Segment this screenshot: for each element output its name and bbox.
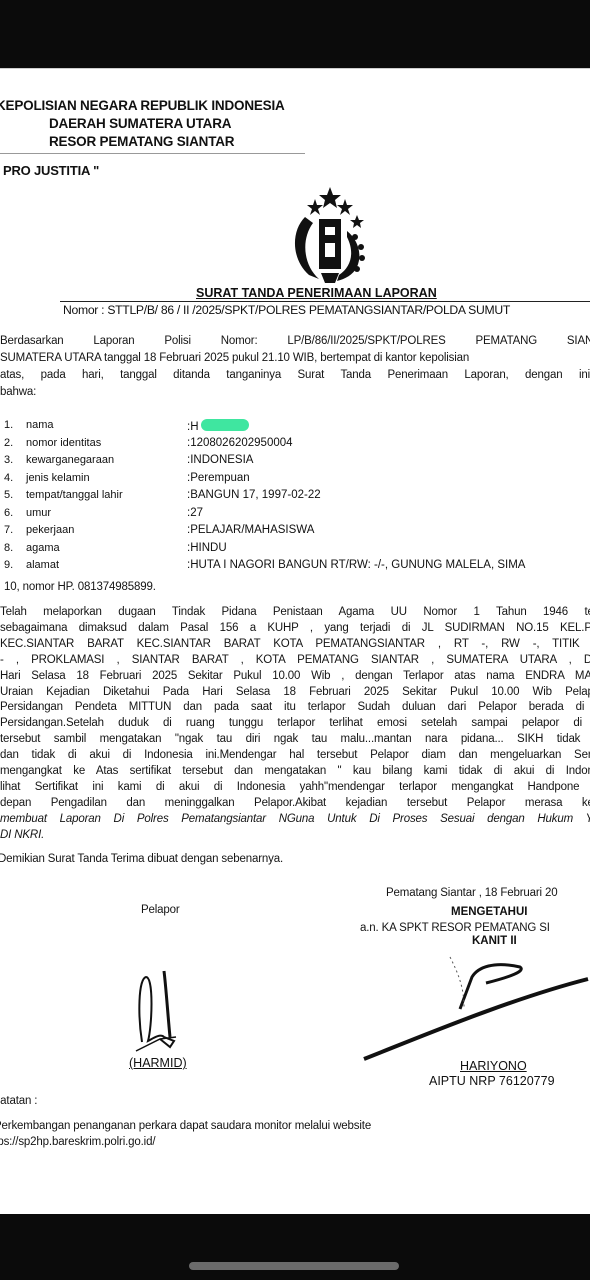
intro-line-4: bahwa: [0, 384, 36, 400]
report-line: dan tidak di akui di Indonesia ini.Mende… [0, 747, 590, 763]
officer-rank-nrp: AIPTU NRP 76120779 [429, 1074, 555, 1088]
identity-row: 8.agama:HINDU [4, 542, 590, 558]
closing-statement: Demikian Surat Tanda Terima dibuat denga… [0, 851, 283, 867]
intro-line-3: atas, pada hari, tanggal ditanda tangani… [0, 367, 590, 383]
document-page: KEPOLISIAN NEGARA REPUBLIK INDONESIA DAE… [0, 68, 590, 1215]
identity-label: pekerjaan [26, 524, 74, 536]
identity-row: 4.jenis kelamin:Perempuan [4, 472, 590, 488]
report-line: Uraian Kejadian Diketahui Pada Hari Sela… [0, 684, 590, 700]
identity-label: nama [26, 419, 54, 431]
header-divider [0, 153, 305, 154]
report-line: Persidangan Pendeta MITTUN dan pada saat… [0, 699, 590, 715]
identity-number: 3. [4, 454, 13, 466]
report-line: Telah melaporkan dugaan Tindak Pidana Pe… [0, 604, 590, 620]
identity-value: :1208026202950004 [187, 437, 293, 449]
report-line: sebagaimana dimaksud dalam Pasal 156 a K… [0, 620, 590, 636]
intro-line-1: Berdasarkan Laporan Polisi Nomor: LP/B/8… [0, 333, 590, 349]
identity-row: 1.nama:H [4, 419, 590, 435]
identity-value: :INDONESIA [187, 454, 253, 466]
phone-line: 10, nomor HP. 081374985899. [4, 579, 156, 595]
mengetahui-label: MENGETAHUI [451, 906, 527, 918]
notes-text: Perkembangan penanganan perkara dapat sa… [0, 1118, 371, 1134]
bottom-black-bar [0, 1214, 590, 1280]
reporter-signature [130, 967, 190, 1062]
identity-value: :BANGUN 17, 1997-02-22 [187, 489, 321, 501]
identity-label: umur [26, 507, 51, 519]
report-line: membuat Laporan Di Polres Pematangsianta… [0, 811, 590, 827]
identity-label: alamat [26, 559, 59, 571]
report-line: KEC.SIANTAR BARAT KEC.SIANTAR BARAT KOTA… [0, 636, 590, 652]
identity-number: 7. [4, 524, 13, 536]
report-line: - , PROKLAMASI , SIANTAR BARAT , KOTA PE… [0, 652, 590, 668]
notes-label: Catatan : [0, 1093, 37, 1109]
report-line: lihat Sertifikat ini kami di akui di Ind… [0, 779, 590, 795]
identity-value: :H [187, 419, 249, 433]
identity-row: 2.nomor identitas:1208026202950004 [4, 437, 590, 453]
home-indicator[interactable] [189, 1262, 399, 1270]
document-number: Nomor : STTLP/B/ 86 / II /2025/SPKT/POLR… [63, 303, 510, 317]
officer-signature [360, 947, 590, 1072]
title-rule [60, 301, 590, 302]
top-black-bar [0, 0, 590, 68]
intro-line-2: SUMATERA UTARA tanggal 18 Februari 2025 … [0, 350, 469, 366]
report-line: tersebut sambil mengatakan "ngak tau dir… [0, 731, 590, 747]
identity-number: 4. [4, 472, 13, 484]
identity-value: :Perempuan [187, 472, 250, 484]
redaction-mark [201, 419, 249, 431]
identity-row: 5.tempat/tanggal lahir:BANGUN 17, 1997-0… [4, 489, 590, 505]
identity-value: :HUTA I NAGORI BANGUN RT/RW: -/-, GUNUNG… [187, 559, 525, 571]
notes-link[interactable]: https://sp2hp.bareskrim.polri.go.id/ [0, 1134, 155, 1150]
pro-justitia: PRO JUSTITIA " [3, 163, 99, 178]
identity-value: :PELAJAR/MAHASISWA [187, 524, 314, 536]
identity-value: :HINDU [187, 542, 227, 554]
officer-name: HARIYONO [460, 1059, 527, 1073]
report-line: mengangkat ke Atas sertifikat tersebut d… [0, 763, 590, 779]
header-institution: KEPOLISIAN NEGARA REPUBLIK INDONESIA [0, 98, 285, 113]
place-date: Pematang Siantar , 18 Februari 20 [386, 885, 558, 901]
identity-row: 9.alamat:HUTA I NAGORI BANGUN RT/RW: -/-… [4, 559, 590, 575]
identity-number: 5. [4, 489, 13, 501]
identity-value: :27 [187, 507, 203, 519]
identity-label: jenis kelamin [26, 472, 90, 484]
document-title: SURAT TANDA PENERIMAAN LAPORAN [196, 286, 437, 300]
report-line: DI NKRI. [0, 827, 44, 843]
reporter-name: (HARMID) [129, 1056, 187, 1070]
identity-row: 6.umur:27 [4, 507, 590, 523]
identity-row: 3.kewarganegaraan:INDONESIA [4, 454, 590, 470]
reporter-role: Pelapor [141, 902, 180, 918]
identity-label: agama [26, 542, 60, 554]
identity-number: 6. [4, 507, 13, 519]
on-behalf-of: a.n. KA SPKT RESOR PEMATANG SI [360, 920, 550, 936]
unit-label: KANIT II [472, 935, 517, 947]
identity-number: 9. [4, 559, 13, 571]
report-line: Hari Selasa 18 Februari 2025 Sekitar Puk… [0, 668, 590, 684]
identity-label: nomor identitas [26, 437, 101, 449]
identity-number: 1. [4, 419, 13, 431]
header-resort: RESOR PEMATANG SIANTAR [49, 134, 234, 149]
identity-row: 7.pekerjaan:PELAJAR/MAHASISWA [4, 524, 590, 540]
header-region: DAERAH SUMATERA UTARA [49, 116, 231, 131]
police-emblem-icon [285, 187, 375, 285]
identity-label: kewarganegaraan [26, 454, 114, 466]
identity-number: 2. [4, 437, 13, 449]
report-line: depan Pengadilan dan meninggalkan Pelapo… [0, 795, 590, 811]
identity-label: tempat/tanggal lahir [26, 489, 123, 501]
identity-number: 8. [4, 542, 13, 554]
report-line: Persidangan.Setelah duduk di ruang tungg… [0, 715, 590, 731]
